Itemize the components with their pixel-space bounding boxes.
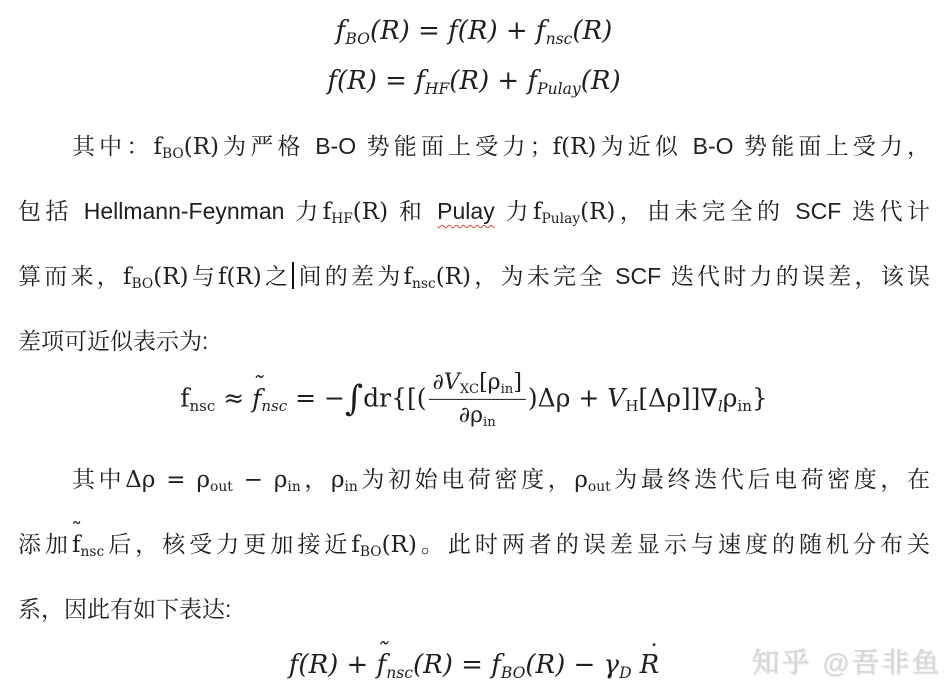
formula-fbo-sum[interactable]: fBO(R) = f(R) + fnsc(R) — [0, 16, 948, 46]
tilde-accent: ˜ — [251, 374, 263, 398]
math-run: } — [752, 384, 768, 413]
zhihu-watermark: 知乎 @吾非鱼 — [752, 641, 942, 680]
subscript: BO — [162, 146, 184, 162]
paragraph1-line1[interactable]: 其中：fBO(R)为严格 B-O 势能面上受力；f(R)为近似 B-O 势能面上… — [18, 131, 930, 162]
paragraph2-line1[interactable]: 其中Δρ = ρout − ρin，ρin为初始电荷密度，ρout为最终迭代后电… — [18, 464, 930, 495]
text-run: 其中： — [72, 133, 154, 159]
subscript: BO — [360, 544, 382, 560]
math-run: fHF(R) — [323, 199, 388, 225]
math-run: ρ — [723, 384, 738, 413]
math-run: (R) − γ — [525, 650, 619, 680]
math-run: fBO(R) — [351, 532, 417, 558]
paragraph1-line2[interactable]: 包括 Hellmann-Feynman 力fHF(R) 和 Pulay 力fPu… — [18, 196, 930, 227]
subscript: XC — [460, 382, 479, 397]
math-run: f — [123, 264, 132, 290]
subscript: HF — [331, 211, 353, 227]
math-run: ρ — [574, 467, 588, 493]
fraction-numerator: ∂VXC[ρin] — [429, 370, 526, 400]
math-run: ρ — [470, 403, 483, 428]
math-run: Δρ = ρ — [125, 467, 210, 493]
subscript: Pulay — [537, 80, 581, 98]
math-run: dr{[( — [363, 384, 426, 413]
formula-f-decomposition[interactable]: f(R) = fHF(R) + fPulay(R) — [0, 66, 948, 96]
math-run: − ρ — [233, 467, 288, 493]
math-run: V — [607, 384, 625, 413]
text-run: 。此时两者的误差显示与速度的随机分布关 — [417, 531, 930, 557]
math-run: f — [533, 199, 542, 225]
math-run: f — [404, 264, 413, 290]
math-run: )Δρ + — [528, 384, 607, 413]
math-run: (R) — [581, 66, 621, 96]
dot-accent: ˙ — [646, 642, 658, 667]
math-run: ∂V — [433, 370, 460, 395]
fraction-denominator: ∂ρin — [459, 400, 496, 428]
text-run: 后，核受力更加接近 — [104, 531, 351, 557]
math-run: fnsc(R) — [404, 264, 471, 290]
math-run: (R) — [572, 16, 612, 46]
approx-sign: ≈ — [215, 384, 252, 413]
subscript: Pulay — [542, 211, 581, 227]
math-run: (R) — [184, 134, 219, 160]
subscript: l — [718, 397, 723, 415]
math-run: f — [351, 532, 360, 558]
tilde-accent: ˜ — [376, 640, 388, 665]
math-run: ρout — [574, 467, 610, 493]
text-cursor — [292, 262, 294, 289]
text-run: 与 — [189, 263, 219, 289]
text-run: 和 — [388, 198, 437, 224]
subscript: H — [625, 397, 638, 415]
text-run: ，由未完全的 SCF 迭代计 — [615, 198, 930, 224]
subscript: BO — [501, 664, 526, 682]
subscript: out — [210, 479, 233, 495]
math-run: [Δρ]]∇ — [638, 384, 717, 413]
paragraph1-line3[interactable]: 算而来，fBO(R)与f(R)之间的差为fnsc(R)，为未完全 SCF 迭代时… — [18, 261, 930, 292]
f-tilde: ˜f — [72, 530, 81, 560]
f-tilde: ˜f — [377, 650, 387, 680]
r-dot: ˙R — [640, 650, 660, 680]
subscript: in — [483, 415, 496, 430]
subscript: BO — [132, 276, 154, 292]
subscript: nsc — [261, 397, 287, 415]
math-run: (R) — [382, 532, 417, 558]
text-run: 间的差为 — [295, 263, 403, 289]
text-run: 之 — [262, 263, 292, 289]
subscript: nsc — [81, 544, 105, 560]
integral-sign: ∫ — [345, 379, 363, 419]
subscript: nsc — [412, 276, 436, 292]
subscript: BO — [345, 30, 370, 48]
math-run: ] — [513, 370, 522, 395]
paragraph1-line4[interactable]: 差项可近似表示为: — [18, 326, 930, 356]
math-run: fBO(R) — [123, 264, 189, 290]
subscript: D — [619, 664, 632, 682]
text-run: 为近似 B-O 势能面上受力， — [596, 133, 930, 159]
tilde-accent: ˜ — [71, 521, 82, 543]
math-run: ˜fnsc — [72, 532, 104, 558]
math-run: (R) = f — [413, 650, 501, 680]
fraction: ∂VXC[ρin]∂ρin — [429, 370, 526, 428]
subscript: out — [588, 479, 611, 495]
subscript: in — [737, 397, 751, 415]
math-run: ∂ — [459, 403, 470, 428]
subscript: in — [345, 479, 358, 495]
math-run: f(R) = f — [327, 66, 424, 96]
text-run: 为严格 B-O 势能面上受力； — [219, 133, 553, 159]
f-tilde: ˜f — [252, 384, 261, 413]
text-run: 添加 — [18, 531, 72, 557]
math-run: [ρ — [479, 370, 501, 395]
formula-fnsc-approx[interactable]: fnsc ≈ ˜fnsc = −∫dr{[(∂VXC[ρin]∂ρin)Δρ +… — [0, 371, 948, 429]
text-run: 算而来， — [18, 263, 123, 289]
paragraph2-line3[interactable]: 系，因此有如下表达: — [18, 594, 930, 624]
text-run: 包括 Hellmann-Feynman 力 — [18, 198, 323, 224]
math-run: (R) = f(R) + f — [370, 16, 546, 46]
math-run: (R) — [436, 264, 471, 290]
math-run: (R) — [353, 199, 388, 225]
text-run: ， — [301, 466, 331, 492]
math-run: f — [154, 134, 163, 160]
misspelled-word: Pulay — [437, 198, 495, 224]
math-run: fBO(R) — [154, 134, 220, 160]
math-run: fPulay(R) — [533, 199, 615, 225]
math-run: Δρ = ρout − ρin — [125, 467, 301, 493]
math-run: (R) — [580, 199, 615, 225]
text-run: 力 — [495, 198, 533, 224]
math-run: (R) + f — [449, 66, 537, 96]
math-run: ρin — [331, 467, 358, 493]
text-run: 系，因此有如下表达: — [18, 596, 231, 622]
math-run: f(R) + — [289, 650, 377, 680]
subscript: nsc — [189, 397, 215, 415]
document-page[interactable]: fBO(R) = f(R) + fnsc(R) f(R) = fHF(R) + … — [0, 0, 948, 696]
math-run: f — [323, 199, 332, 225]
text-run: 差项可近似表示为: — [18, 328, 208, 354]
subscript: nsc — [386, 664, 413, 682]
text-run: ，为未完全 SCF 迭代时力的误差，该误 — [471, 263, 930, 289]
text-run: 为初始电荷密度， — [358, 466, 575, 492]
math-run: = − — [287, 384, 345, 413]
math-run: f — [336, 16, 346, 46]
math-run: f(R) — [553, 134, 597, 160]
math-run: f(R) — [218, 264, 262, 290]
math-run: (R) — [153, 264, 188, 290]
subscript: in — [287, 479, 300, 495]
math-run: ρ — [331, 467, 345, 493]
subscript: in — [501, 382, 514, 397]
subscript: HF — [425, 80, 449, 98]
text-run: 其中 — [72, 466, 125, 492]
paragraph2-line2[interactable]: 添加˜fnsc后，核受力更加接近fBO(R)。此时两者的误差显示与速度的随机分布… — [18, 529, 930, 560]
subscript: nsc — [546, 30, 573, 48]
text-run: 为最终迭代后电荷密度，在 — [611, 466, 930, 492]
